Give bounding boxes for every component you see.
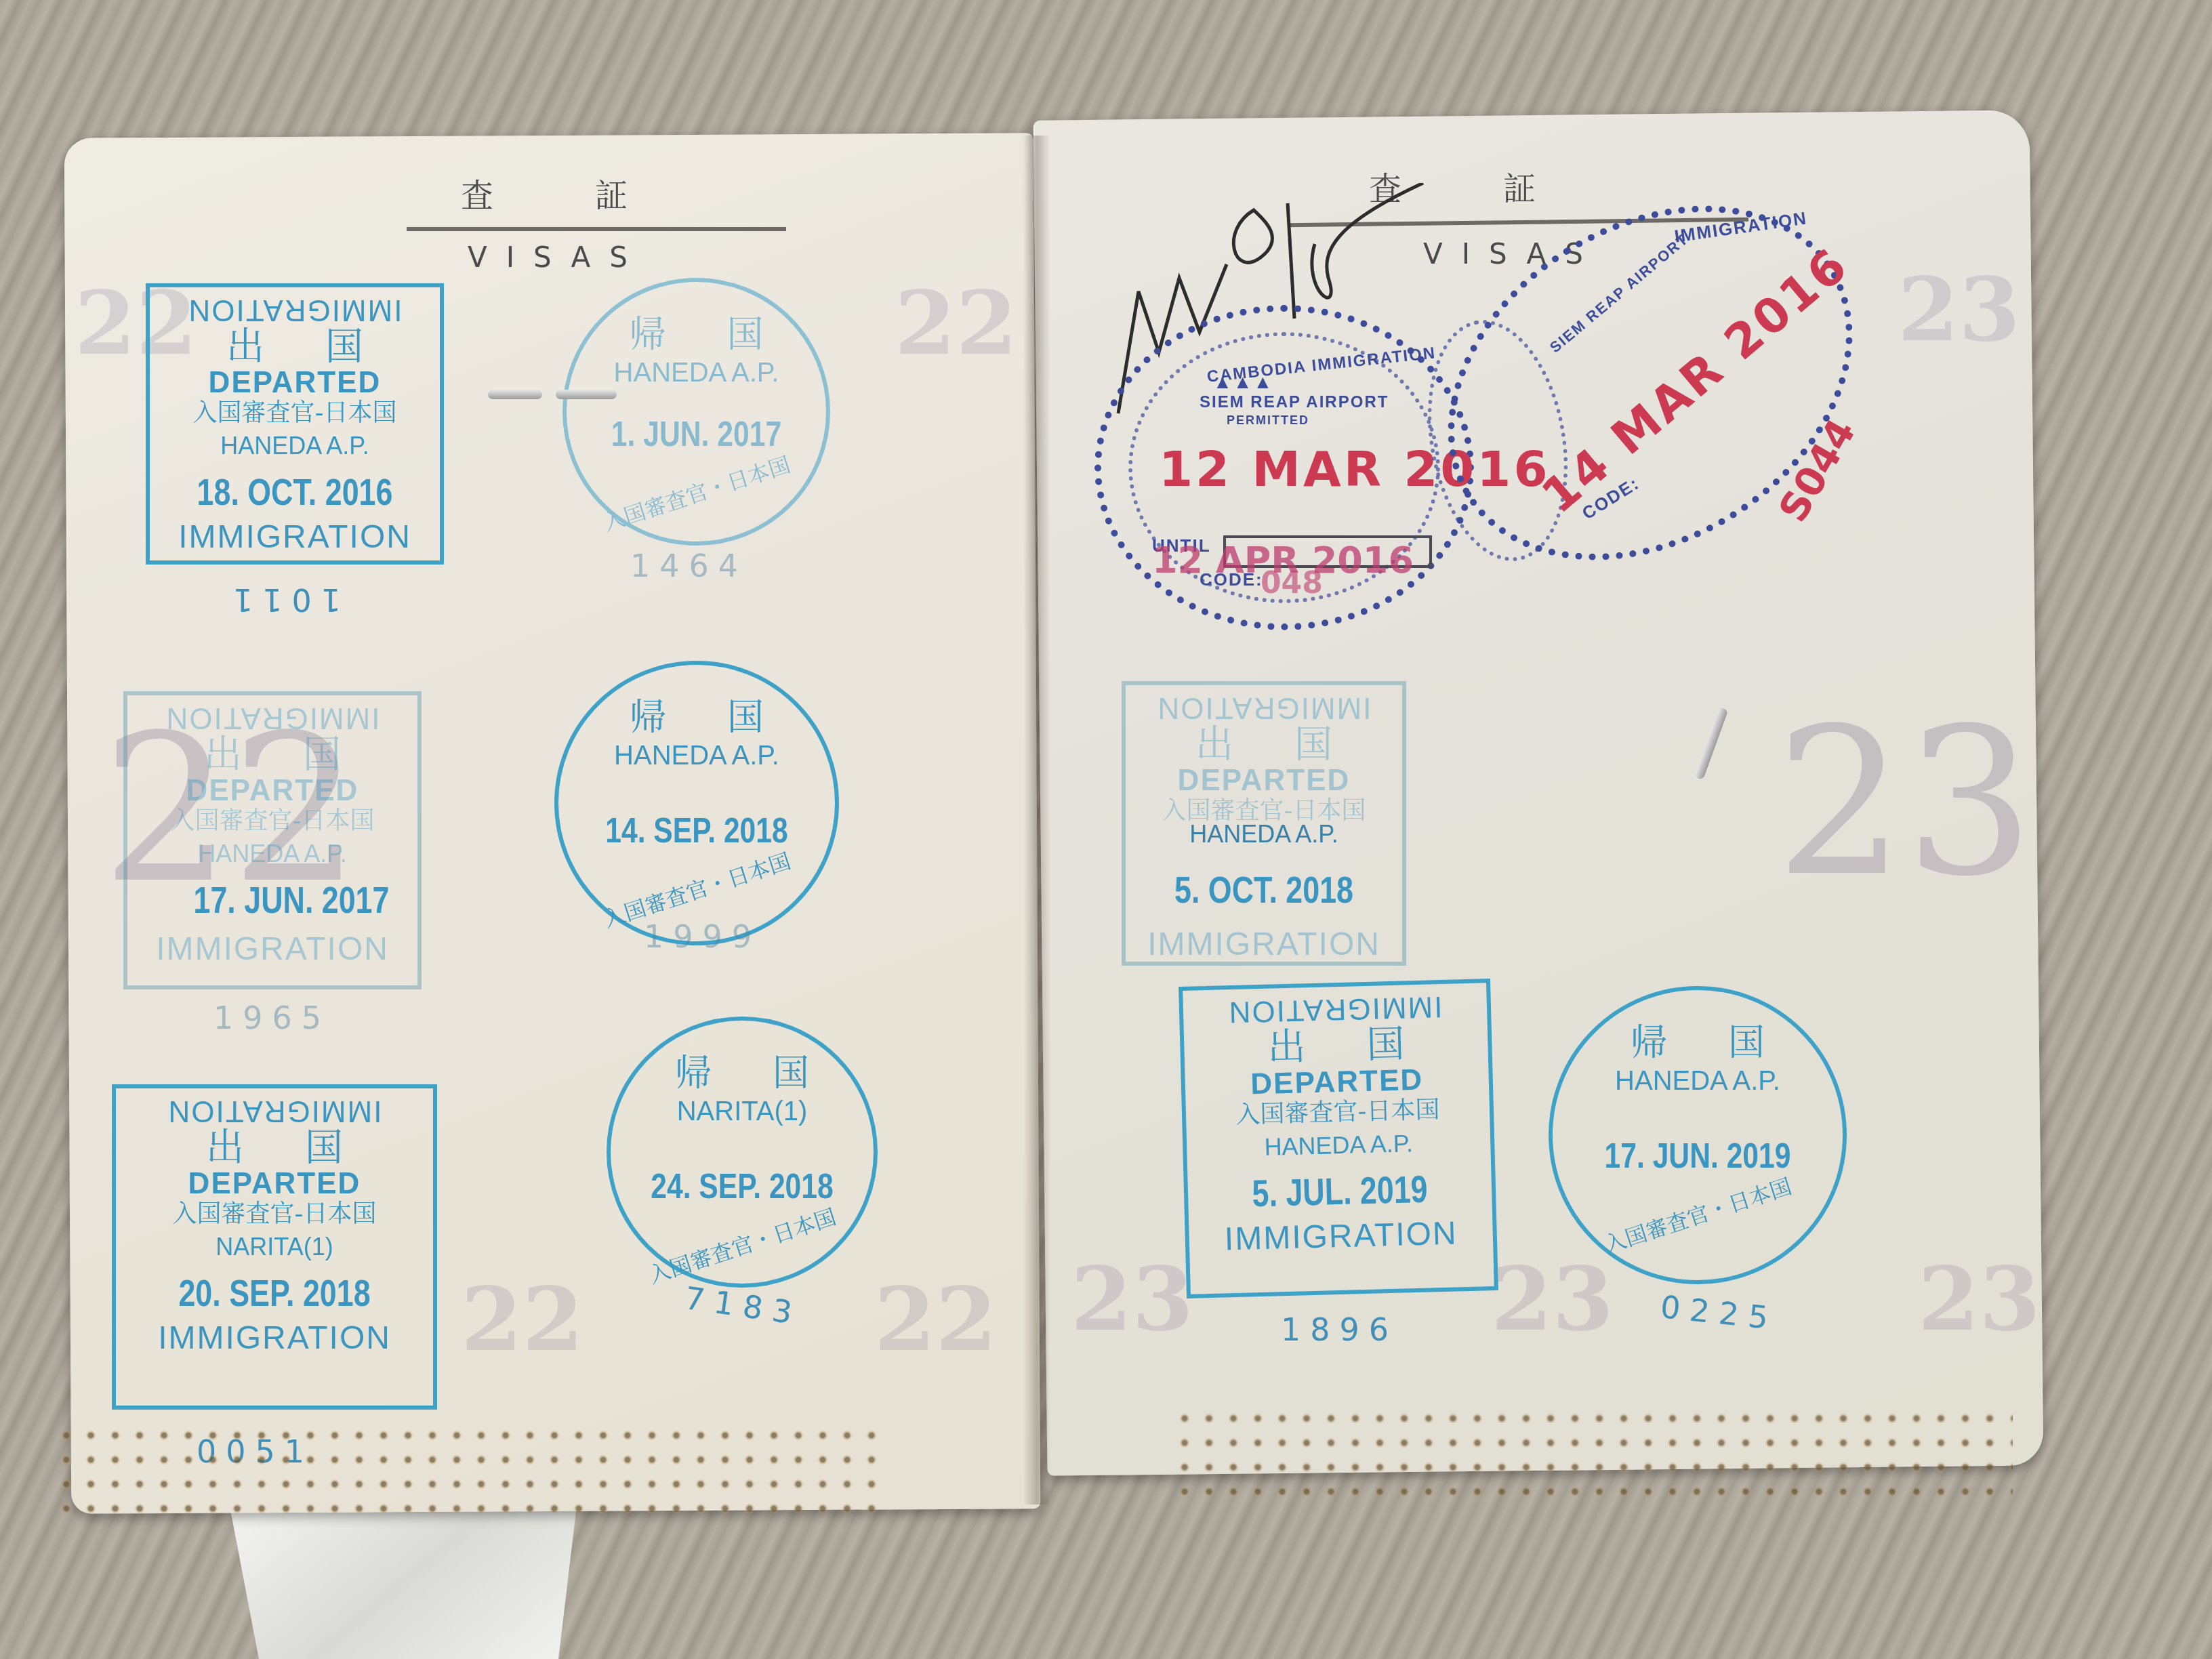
stamp-kanji: 出国 <box>127 735 417 775</box>
stamp-label: DEPARTED <box>150 367 440 398</box>
visa-header-english: VISAS <box>468 241 647 274</box>
temple-icon: ▲▲▲ <box>1213 371 1273 393</box>
arrival-stamp-haneda-2017: 帰国 HANEDA A.P. 1. JUN. 2017 入国審査官・日本国 <box>562 278 830 546</box>
stamp-header: IMMIGRATION <box>1126 691 1402 724</box>
departure-stamp-haneda-2019: IMMIGRATION 出国 DEPARTED 入国審査官-日本国 HANEDA… <box>1179 979 1498 1298</box>
stamp-code-label: CODE: <box>1200 569 1263 590</box>
perforated-passport-number <box>54 1423 888 1525</box>
stamp-serial: 1965 <box>213 1000 331 1036</box>
stamp-serial: 1999 <box>644 918 761 955</box>
page-number-pattern: 23 <box>1918 1247 2041 1351</box>
stamp-office: 入国審査官-日本国 <box>150 398 440 428</box>
stamp-port: HANEDA A.P. <box>558 738 835 773</box>
stamp-port: HANEDA A.P. <box>127 836 417 872</box>
arrival-stamp-haneda-2019: 帰国 HANEDA A.P. 17. JUN. 2019 入国審査官・日本国 <box>1549 986 1847 1284</box>
stamp-kanji: 帰国 <box>611 1053 874 1094</box>
staple <box>556 390 617 399</box>
stamp-status: PERMITTED <box>1227 413 1309 428</box>
stamp-label: DEPARTED <box>1126 765 1402 796</box>
stamp-port: HANEDA A.P. <box>1553 1063 1843 1099</box>
stamp-label: DEPARTED <box>127 775 417 806</box>
visa-header-japanese: 査証 <box>461 169 729 216</box>
stamp-label: DEPARTED <box>116 1168 433 1200</box>
page-number-pattern: 23 <box>1071 1247 1193 1351</box>
page-number-watermark: 23 <box>1776 684 2034 921</box>
stamp-serial: 1464 <box>630 548 747 584</box>
stamp-office: 入国審査官-日本国 <box>116 1200 433 1229</box>
departure-stamp-narita-2018: IMMIGRATION 出国 DEPARTED 入国審査官-日本国 NARITA… <box>112 1084 437 1410</box>
stamp-date: 17. JUN. 2017 <box>172 878 411 922</box>
passport-spine-gutter <box>1023 136 1050 1504</box>
stamp-office: 入国審査官-日本国 <box>127 806 417 836</box>
page-number-pattern: 23 <box>1898 258 2020 361</box>
stamp-date: 5. JUL. 2019 <box>1218 1160 1462 1223</box>
stamp-kanji: 出国 <box>116 1128 433 1168</box>
stamp-port: HANEDA A.P. <box>1122 820 1406 848</box>
tissue-paper <box>224 1511 576 1659</box>
stamp-port: HANEDA A.P. <box>150 428 440 464</box>
stamp-header: IMMIGRATION <box>127 701 417 735</box>
stamp-footer: IMMIGRATION <box>127 933 417 966</box>
perforated-passport-number <box>1172 1406 2013 1508</box>
stamp-footer: IMMIGRATION <box>150 520 440 554</box>
page-number-pattern: 22 <box>874 1267 997 1371</box>
stamp-kanji: 帰国 <box>567 314 826 355</box>
stamp-date: 5. OCT. 2018 <box>1150 867 1378 912</box>
arrival-stamp-haneda-2018: 帰国 HANEDA A.P. 14. SEP. 2018 入国審査官・日本国 <box>554 661 839 945</box>
stamp-kanji: 出国 <box>150 327 440 367</box>
stamp-port: NARITA(1) <box>116 1229 433 1265</box>
stamp-kanji: 出国 <box>1126 724 1402 765</box>
arrival-stamp-narita-2018: 帰国 NARITA(1) 24. SEP. 2018 入国審査官・日本国 <box>607 1017 878 1288</box>
stamp-header: IMMIGRATION <box>116 1094 433 1128</box>
page-number-pattern: 22 <box>895 271 1017 375</box>
stamp-port: NARITA(1) <box>611 1094 874 1129</box>
stamp-code: 048 <box>1261 566 1323 600</box>
staple <box>488 390 542 399</box>
stamp-kanji: 帰国 <box>1553 1023 1843 1063</box>
header-divider <box>407 227 786 231</box>
stamp-kanji: 帰国 <box>558 697 835 738</box>
stamp-footer: IMMIGRATION <box>1126 928 1402 962</box>
stamp-serial: 1011 <box>224 581 341 618</box>
stamp-footer: IMMIGRATION <box>116 1322 433 1355</box>
stamp-port: HANEDA A.P. <box>567 355 826 390</box>
departure-stamp-haneda-2016: IMMIGRATION 出国 DEPARTED 入国審査官-日本国 HANEDA… <box>146 283 444 565</box>
stamp-date: 20. SEP. 2018 <box>148 1265 401 1322</box>
stamp-date: 18. OCT. 2016 <box>179 464 411 520</box>
stamp-airport: SIEM REAP AIRPORT <box>1200 393 1389 412</box>
stamp-header: IMMIGRATION <box>150 293 440 327</box>
page-number-pattern: 22 <box>461 1267 583 1371</box>
departure-stamp-haneda-2017: IMMIGRATION 出国 DEPARTED 入国審査官-日本国 HANEDA… <box>123 691 422 989</box>
stamp-serial: 1896 <box>1281 1311 1398 1348</box>
stamp-kanji: 出国 <box>1184 1022 1488 1071</box>
